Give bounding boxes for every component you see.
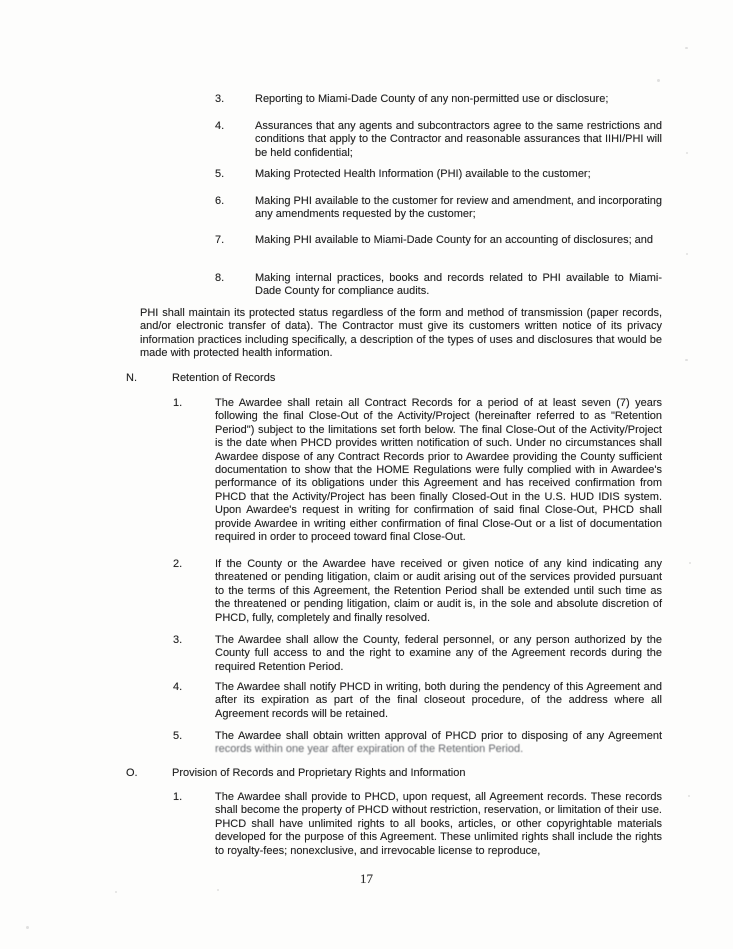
list-item: 8. Making internal practices, books and … (215, 272, 662, 299)
list-item-text: Assurances that any agents and subcontra… (255, 120, 662, 160)
scan-artifact (689, 562, 691, 564)
scan-artifact (115, 891, 117, 893)
list-item-text-faded: records within one year after expiration… (215, 743, 523, 755)
scan-artifact (217, 889, 219, 891)
list-item: 4. The Awardee shall notify PHCD in writ… (173, 681, 662, 721)
list-item: 3. The Awardee shall allow the County, f… (173, 634, 662, 674)
list-item-number: 1. (173, 397, 215, 544)
list-item-text: Reporting to Miami-Dade County of any no… (255, 93, 662, 106)
section-title: Provision of Records and Proprietary Rig… (172, 767, 465, 779)
section-letter: N. (126, 372, 172, 385)
list-item-number: 8. (215, 272, 255, 299)
list-item-number: 5. (215, 168, 255, 181)
page-number: 17 (0, 872, 733, 885)
list-item-text: Making Protected Health Information (PHI… (255, 168, 662, 181)
list-item-number: 4. (215, 120, 255, 160)
list-item: 1. The Awardee shall retain all Contract… (173, 397, 662, 544)
list-item-text: The Awardee shall retain all Contract Re… (215, 397, 662, 544)
list-item-number: 1. (173, 791, 215, 858)
list-item: 1. The Awardee shall provide to PHCD, up… (173, 791, 662, 858)
section-heading-o: O.Provision of Records and Proprietary R… (126, 767, 465, 780)
scan-artifact (685, 47, 688, 49)
list-item-text: Making PHI available to the customer for… (255, 195, 662, 222)
phi-paragraph: PHI shall maintain its protected status … (140, 307, 662, 361)
list-item-text: Making PHI available to Miami-Dade Count… (255, 234, 662, 247)
list-item-text: The Awardee shall notify PHCD in writing… (215, 681, 662, 721)
list-item-text: If the County or the Awardee have receiv… (215, 558, 662, 625)
list-item-text: Making internal practices, books and rec… (255, 272, 662, 299)
section-title: Retention of Records (172, 372, 275, 384)
scan-artifact (657, 79, 660, 82)
list-item-number: 2. (173, 558, 215, 625)
list-item-number: 3. (173, 634, 215, 674)
section-heading-n: N.Retention of Records (126, 372, 275, 385)
list-item: 4. Assurances that any agents and subcon… (215, 120, 662, 160)
list-item: 2. If the County or the Awardee have rec… (173, 558, 662, 625)
list-item-number: 6. (215, 195, 255, 222)
list-item: 6. Making PHI available to the customer … (215, 195, 662, 222)
list-item-text: The Awardee shall allow the County, fede… (215, 634, 662, 674)
scan-artifact (686, 152, 688, 154)
scan-artifact (686, 253, 688, 255)
section-letter: O. (126, 767, 172, 780)
scan-artifact (26, 926, 29, 929)
list-item: 3. Reporting to Miami-Dade County of any… (215, 93, 662, 106)
list-item-number: 4. (173, 681, 215, 721)
list-item: 7. Making PHI available to Miami-Dade Co… (215, 234, 662, 247)
scan-artifact (688, 795, 690, 797)
list-item-number: 3. (215, 93, 255, 106)
list-item: 5. The Awardee shall obtain written appr… (173, 730, 662, 757)
list-item-text-normal: The Awardee shall obtain written approva… (215, 730, 662, 742)
list-item: 5. Making Protected Health Information (… (215, 168, 662, 181)
document-page: 3. Reporting to Miami-Dade County of any… (0, 0, 733, 949)
list-item-text: The Awardee shall provide to PHCD, upon … (215, 791, 662, 858)
list-item-number: 7. (215, 234, 255, 247)
list-item-text: The Awardee shall obtain written approva… (215, 730, 662, 757)
list-item-number: 5. (173, 730, 215, 757)
scan-artifact (685, 359, 688, 361)
